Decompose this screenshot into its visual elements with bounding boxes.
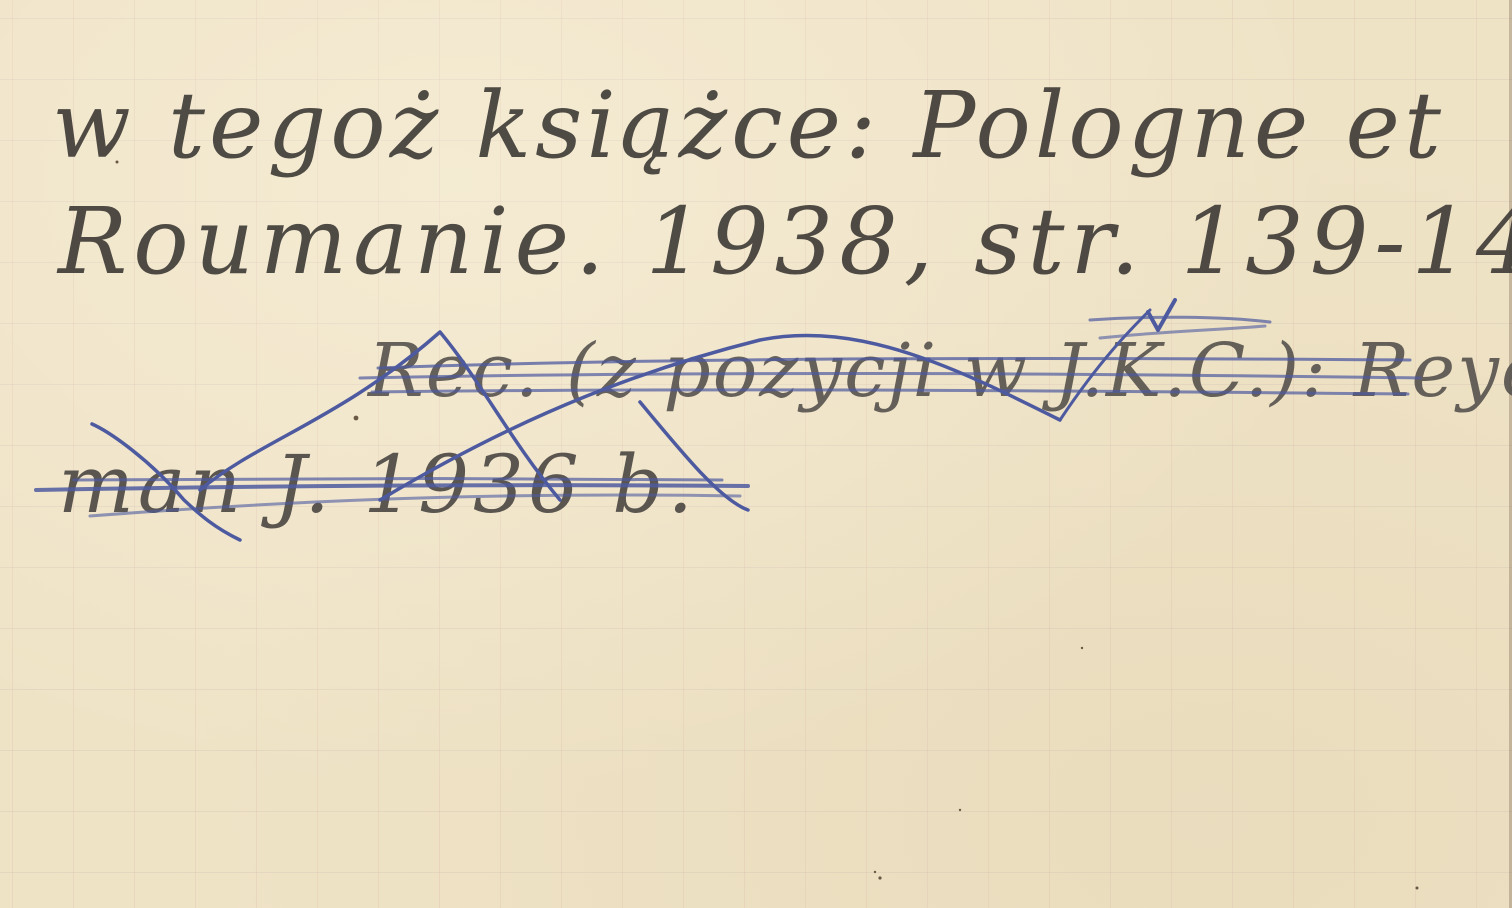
handwritten-line-4-struck: man J. 1936 b. bbox=[58, 438, 697, 531]
handwritten-line-2: Roumanie. 1938, str. 139-148. bbox=[58, 188, 1512, 295]
handwritten-line-1: w tegoż książce: Pologne et bbox=[52, 72, 1445, 179]
handwritten-line-3-struck: Rec. (z pozycji w J.K.C.): Reych- bbox=[368, 328, 1512, 414]
index-card: w tegoż książce: Pologne et Roumanie. 19… bbox=[0, 0, 1512, 908]
